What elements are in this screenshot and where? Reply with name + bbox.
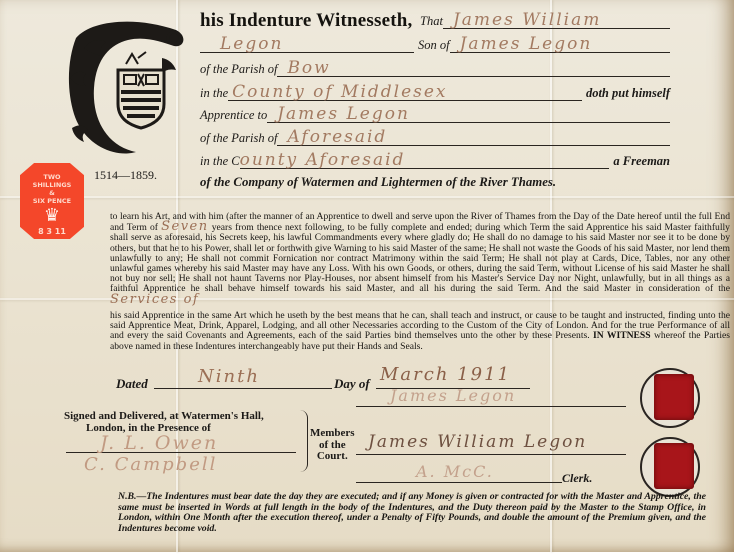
indenture-document: 1514—1859. his Indenture Witnesseth, Tha… xyxy=(0,0,734,552)
master-name: James Legon xyxy=(277,104,410,124)
day-value: Ninth xyxy=(198,366,260,387)
county2-field: ounty Aforesaid xyxy=(240,152,610,169)
company-label: of the Company of Watermen and Lighterme… xyxy=(200,175,556,190)
witness-signature-2: C. Campbell xyxy=(84,454,217,475)
company-years: 1514—1859. xyxy=(94,168,157,183)
stamp-text: & xyxy=(20,189,84,197)
wax-seal-icon xyxy=(640,368,700,428)
clerk-signature: A. McC. xyxy=(416,462,494,481)
that-label: That xyxy=(420,14,443,29)
members-line: Court. xyxy=(310,451,355,463)
in-witness-label: IN WITNESS xyxy=(593,330,651,341)
wax-seal-icon xyxy=(640,437,700,497)
dated-label: Dated xyxy=(116,376,148,392)
that-row: That James William xyxy=(420,12,670,29)
surname-row: Legon Son of James Legon xyxy=(200,36,670,53)
apprentice-surname: Legon xyxy=(220,34,283,54)
clerk-label: Clerk. xyxy=(562,471,592,486)
county2-value: ounty Aforesaid xyxy=(240,150,406,170)
parish-value: Bow xyxy=(287,58,330,78)
revenue-stamp: TWO SHILLINGS & SIX PENCE ♛ 8 3 11 xyxy=(20,163,84,239)
county-label: in the xyxy=(200,86,228,101)
apprentice-given-names: James William xyxy=(453,10,601,30)
county2-row: in the C ounty Aforesaid a Freeman xyxy=(200,152,670,169)
apprentice-signature-line: James William Legon xyxy=(356,444,626,455)
parish2-row: of the Parish of Aforesaid xyxy=(200,129,670,146)
apprentice-to-row: Apprentice to James Legon xyxy=(200,106,670,123)
master-signature-line: James Legon xyxy=(356,396,626,407)
crown-icon: ♛ xyxy=(20,207,84,225)
month-year-value: March 1911 xyxy=(380,364,511,385)
master-obligations-paragraph: his said Apprentice in the same Art whic… xyxy=(110,311,730,352)
stamp-text: SHILLINGS xyxy=(20,181,84,189)
parish2-field: Aforesaid xyxy=(277,129,670,146)
members-line: Members xyxy=(310,428,355,440)
signed-delivered-text: Signed and Delivered, at Watermen's Hall… xyxy=(64,410,264,434)
day-field: Ninth xyxy=(154,374,332,389)
body-text: years from thence next following, to be … xyxy=(110,222,730,294)
county-row: in the County of Middlesex doth put hims… xyxy=(200,84,670,101)
day-of-label: Day of xyxy=(334,376,370,392)
apprentice-to-field: James Legon xyxy=(267,106,670,123)
father-name: James Legon xyxy=(460,34,593,54)
brace-decoration xyxy=(299,410,308,472)
signed-line: Signed and Delivered, at Watermen's Hall… xyxy=(64,410,264,422)
stamp-text: SIX PENCE xyxy=(20,197,84,205)
son-of-field: James Legon xyxy=(450,36,670,53)
parish2-label: of the Parish of xyxy=(200,131,277,146)
apprentice-signature: James William Legon xyxy=(368,432,587,452)
company-row: of the Company of Watermen and Lighterme… xyxy=(200,175,670,190)
witness-signature-1: J. L. Owen xyxy=(100,432,218,454)
document-title: his Indenture Witnesseth, xyxy=(200,10,412,32)
ornamental-initial-t-icon xyxy=(66,18,190,162)
stamp-value: 8 3 11 xyxy=(20,227,84,236)
doth-put-himself-label: doth put himself xyxy=(586,86,670,101)
parish-row: of the Parish of Bow xyxy=(200,60,670,77)
county2-label: in the C xyxy=(200,154,240,169)
parish-field: Bow xyxy=(277,60,670,77)
fold-crease xyxy=(0,196,734,198)
county-field: County of Middlesex xyxy=(228,84,582,101)
that-field: James William xyxy=(443,12,670,29)
witness-line: J. L. Owen xyxy=(66,438,296,453)
members-of-court-label: Members of the Court. xyxy=(310,428,355,463)
county-value: County of Middlesex xyxy=(232,82,447,102)
clerk-signature-line: A. McC. xyxy=(356,472,562,483)
parish2-value: Aforesaid xyxy=(287,127,387,147)
freeman-label: a Freeman xyxy=(613,154,670,169)
parish-label: of the Parish of xyxy=(200,62,277,77)
son-of-label: Son of xyxy=(418,38,450,53)
consideration-value: Services of xyxy=(110,292,199,307)
stamp-text: TWO xyxy=(20,173,84,181)
apprentice-to-label: Apprentice to xyxy=(200,108,267,123)
covenants-paragraph: to learn his Art, and with him (after th… xyxy=(110,212,730,306)
master-signature: James Legon xyxy=(390,386,516,405)
nb-footnote: N.B.—The Indentures must bear date the d… xyxy=(118,492,706,534)
surname-field: Legon xyxy=(200,36,414,53)
